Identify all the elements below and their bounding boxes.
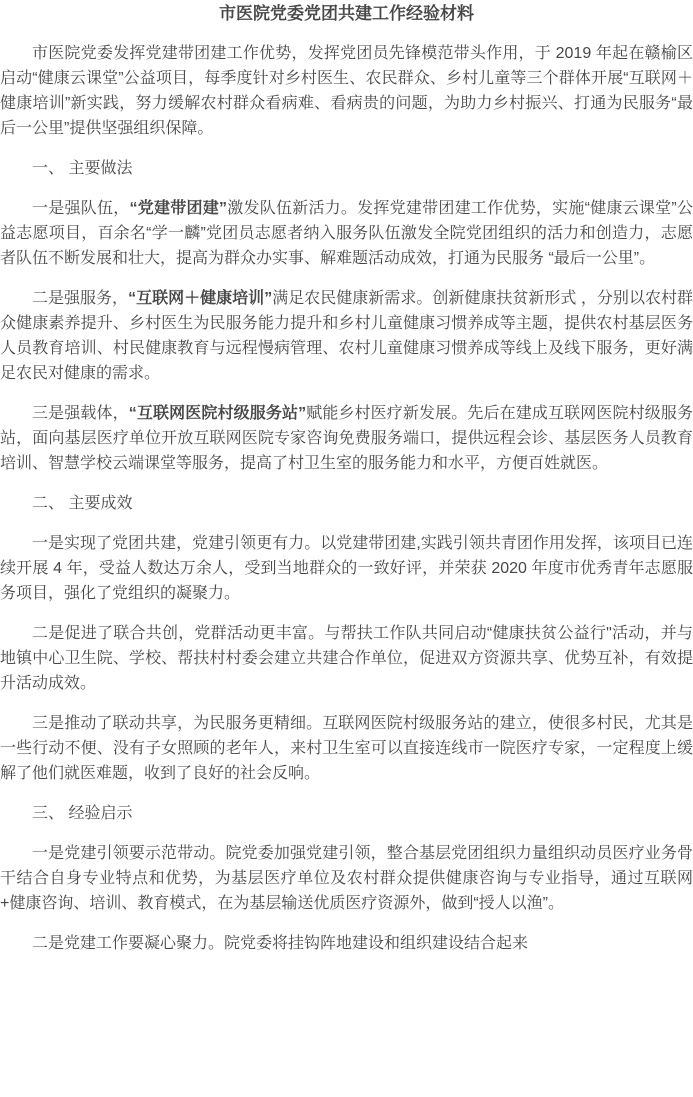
- emphasis-text: “互联网＋健康培训”: [128, 290, 272, 307]
- text-run: 三、 经验启示: [32, 805, 132, 822]
- text-run: 二是党建工作要凝心聚力。院党委将挂钩阵地建设和组织建设结合起来: [32, 935, 528, 952]
- text-run: 二是强服务，: [32, 290, 128, 307]
- body-paragraph: 一是党建引领要示范带动。院党委加强党建引领，整合基层党团组织力量组织动员医疗业务…: [0, 841, 693, 916]
- body-paragraph: 二是党建工作要凝心聚力。院党委将挂钩阵地建设和组织建设结合起来: [0, 931, 693, 956]
- text-run: 二、 主要成效: [32, 495, 132, 512]
- body-paragraph: 市医院党委发挥党建带团建工作优势，发挥党团员先锋模范带头作用，于 2019 年起…: [0, 41, 693, 141]
- body-paragraph: 二是强服务，“互联网＋健康培训”满足农民健康新需求。创新健康扶贫新形式 ，分别以…: [0, 286, 693, 386]
- text-run: 一、 主要做法: [32, 160, 132, 177]
- section-heading: 二、 主要成效: [0, 491, 693, 516]
- emphasis-text: “党建带团建”: [129, 200, 226, 217]
- body-paragraph: 三是强载体，“互联网医院村级服务站”赋能乡村医疗新发展。先后在建成互联网医院村级…: [0, 401, 693, 476]
- body-paragraph: 三是推动了联动共享，为民服务更精细。互联网医院村级服务站的建立，使很多村民，尤其…: [0, 711, 693, 786]
- text-run: 三是强载体，: [32, 405, 129, 422]
- section-heading: 三、 经验启示: [0, 801, 693, 826]
- body-paragraph: 二是促进了联合共创，党群活动更丰富。与帮扶工作队共同启动“健康扶贫公益行"活动，…: [0, 621, 693, 696]
- text-run: 三是推动了联动共享，为民服务更精细。互联网医院村级服务站的建立，使很多村民，尤其…: [0, 715, 693, 782]
- body-paragraph: 一是强队伍，“党建带团建”激发队伍新活力。发挥党建带团建工作优势，实施“健康云课…: [0, 196, 693, 271]
- document-page: 市医院党委党团共建工作经验材料 市医院党委发挥党建带团建工作优势，发挥党团员先锋…: [0, 2, 693, 956]
- emphasis-text: “互联网医院村级服务站”: [129, 405, 306, 422]
- body-paragraph: 一是实现了党团共建，党建引领更有力。以党建带团建,实践引领共青团作用发挥，该项目…: [0, 531, 693, 606]
- document-body: 市医院党委发挥党建带团建工作优势，发挥党团员先锋模范带头作用，于 2019 年起…: [0, 41, 693, 956]
- text-run: 一是强队伍，: [32, 200, 129, 217]
- document-title: 市医院党委党团共建工作经验材料: [0, 2, 693, 26]
- text-run: 一是党建引领要示范带动。院党委加强党建引领，整合基层党团组织力量组织动员医疗业务…: [0, 845, 693, 912]
- text-run: 一是实现了党团共建，党建引领更有力。以党建带团建,实践引领共青团作用发挥，该项目…: [0, 535, 693, 602]
- text-run: 二是促进了联合共创，党群活动更丰富。与帮扶工作队共同启动“健康扶贫公益行"活动，…: [0, 625, 693, 692]
- text-run: 市医院党委发挥党建带团建工作优势，发挥党团员先锋模范带头作用，于 2019 年起…: [0, 45, 693, 137]
- section-heading: 一、 主要做法: [0, 156, 693, 181]
